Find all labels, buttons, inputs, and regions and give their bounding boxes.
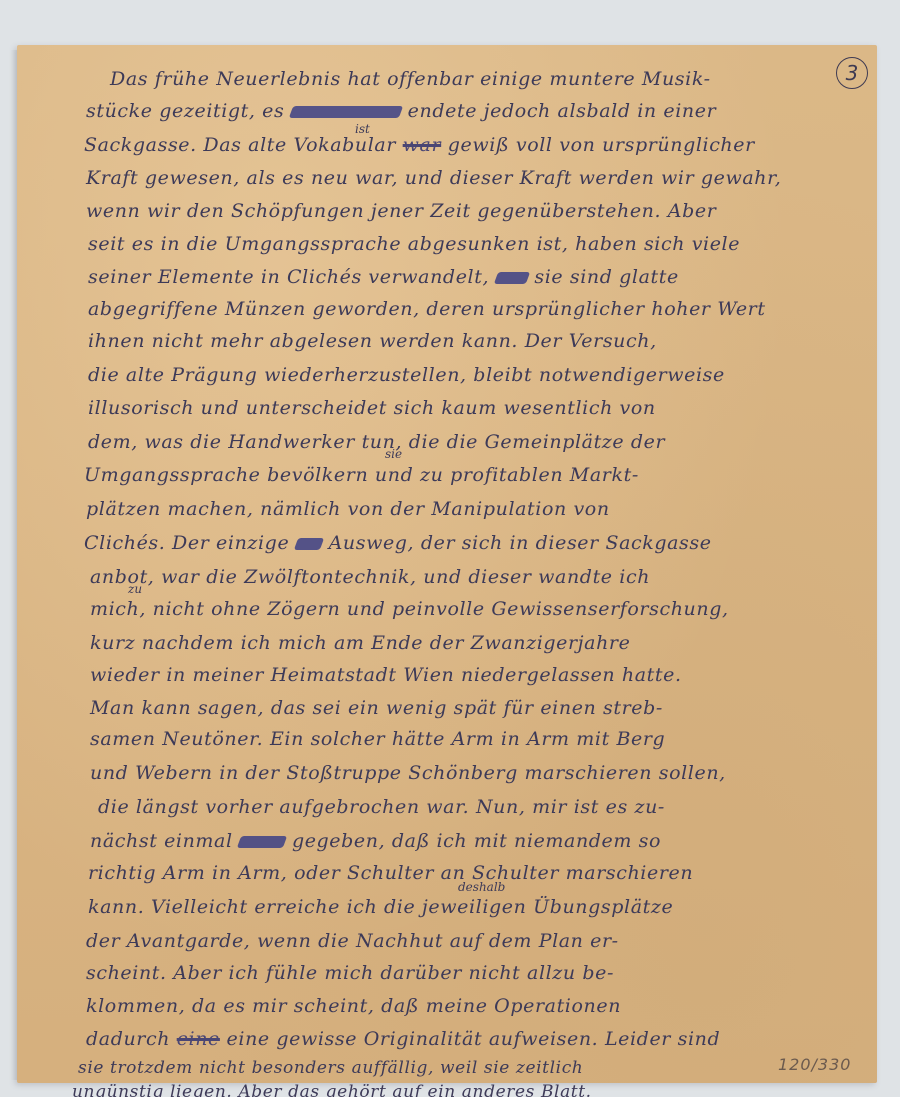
line-text: richtig Arm in Arm, oder Schulter an Sch… [88,862,693,884]
text-line: seiner Elemente in Clichés verwandelt, s… [88,266,679,288]
line-text: anbot, war die Zwölftontechnik, und dies… [90,566,650,588]
line-text: sie trotzdem nicht besonders auffällig, … [78,1058,583,1078]
text-line: plätzen machen, nämlich von der Manipula… [86,498,610,520]
text-line: die alte Prägung wiederherzustellen, ble… [88,364,725,386]
line-text: klommen, da es mir scheint, daß meine Op… [86,995,621,1017]
text-line: klommen, da es mir scheint, daß meine Op… [86,995,621,1017]
text-line: kurz nachdem ich mich am Ende der Zwanzi… [90,632,630,654]
line-text: kurz nachdem ich mich am Ende der Zwanzi… [90,632,630,654]
struck-out-word: war [403,134,441,156]
text-line: Kraft gewesen, als es neu war, und diese… [86,167,781,189]
text-line: ihnen nicht mehr abgelesen werden kann. … [88,330,657,352]
line-text: Umgangssprache bevölkern und zu profitab… [84,464,639,486]
line-text: mich, nicht ohne Zögern und peinvolle Ge… [90,598,729,620]
text-line: kann. Vielleicht erreiche ich die jeweil… [88,896,673,918]
text-line: ungünstig liegen. Aber das gehört auf ei… [72,1082,592,1097]
struck-out-word [289,106,403,118]
struck-out-word [494,272,530,284]
text-line: anbot, war die Zwölftontechnik, und dies… [90,566,650,588]
line-text: Ausweg, der sich in dieser Sackgasse [329,532,712,554]
line-text: Man kann sagen, das sei ein wenig spät f… [90,697,663,719]
inserted-word: deshalb [458,880,505,894]
text-line: sie trotzdem nicht besonders auffällig, … [78,1058,583,1078]
line-text: sie sind glatte [534,266,678,288]
text-line: abgegriffene Münzen geworden, deren ursp… [88,298,766,320]
line-text: samen Neutöner. Ein solcher hätte Arm in… [90,728,665,750]
text-line: wieder in meiner Heimatstadt Wien nieder… [90,664,682,686]
text-line: dadurch eine eine gewisse Originalität a… [86,1028,720,1050]
text-line: Clichés. Der einzige Ausweg, der sich in… [84,532,712,554]
text-line: nächst einmal gegeben, daß ich mit niema… [90,830,661,852]
line-text: Clichés. Der einzige [84,532,289,554]
line-text: wieder in meiner Heimatstadt Wien nieder… [90,664,682,686]
archive-number: 120/330 [778,1055,851,1074]
line-text: stücke gezeitigt, es [86,100,284,122]
text-line: Man kann sagen, das sei ein wenig spät f… [90,697,663,719]
line-text: ihnen nicht mehr abgelesen werden kann. … [88,330,657,352]
text-line: Sackgasse. Das alte Vokabular war gewiß … [84,134,755,156]
line-text: nächst einmal [90,830,233,852]
line-text: kann. Vielleicht erreiche ich die jeweil… [88,896,673,918]
text-line: richtig Arm in Arm, oder Schulter an Sch… [88,862,693,884]
struck-out-word [237,836,287,848]
text-line: Das frühe Neuerlebnis hat offenbar einig… [110,68,711,90]
inserted-word: zu [128,582,142,596]
struck-out-word [294,538,324,550]
text-line: samen Neutöner. Ein solcher hätte Arm in… [90,728,665,750]
text-line: seit es in die Umgangssprache abgesunken… [88,233,740,255]
line-text: und Webern in der Stoßtruppe Schönberg m… [90,762,726,784]
text-line: der Avantgarde, wenn die Nachhut auf dem… [86,930,619,952]
text-line: scheint. Aber ich fühle mich darüber nic… [86,962,614,984]
line-text: abgegriffene Münzen geworden, deren ursp… [88,298,766,320]
line-text: gegeben, daß ich mit niemandem so [292,830,661,852]
line-text: wenn wir den Schöpfungen jener Zeit gege… [86,200,716,222]
line-text: scheint. Aber ich fühle mich darüber nic… [86,962,614,984]
line-text: die alte Prägung wiederherzustellen, ble… [88,364,725,386]
line-text: plätzen machen, nämlich von der Manipula… [86,498,610,520]
text-line: mich, nicht ohne Zögern und peinvolle Ge… [90,598,729,620]
line-text: dem, was die Handwerker tun, die die Gem… [88,431,665,453]
line-text: Kraft gewesen, als es neu war, und diese… [86,167,781,189]
text-line: die längst vorher aufgebrochen war. Nun,… [98,796,665,818]
line-text: seiner Elemente in Clichés verwandelt, [88,266,489,288]
text-line: wenn wir den Schöpfungen jener Zeit gege… [86,200,716,222]
line-text: illusorisch und unterscheidet sich kaum … [88,397,656,419]
line-text: ungünstig liegen. Aber das gehört auf ei… [72,1082,592,1097]
inserted-word: ist [355,122,370,136]
inserted-word: sie [385,447,402,461]
line-text: der Avantgarde, wenn die Nachhut auf dem… [86,930,619,952]
line-text: eine gewisse Originalität aufweisen. Lei… [227,1028,721,1050]
struck-out-word: eine [177,1028,220,1050]
line-text: die längst vorher aufgebrochen war. Nun,… [98,796,665,818]
line-text: Sackgasse. Das alte Vokabular [84,134,396,156]
text-line: illusorisch und unterscheidet sich kaum … [88,397,656,419]
manuscript-text: Das frühe Neuerlebnis hat offenbar einig… [0,0,900,1097]
line-text: endete jedoch alsbald in einer [408,100,717,122]
line-text: dadurch [86,1028,170,1050]
line-text: Das frühe Neuerlebnis hat offenbar einig… [110,68,711,90]
text-line: und Webern in der Stoßtruppe Schönberg m… [90,762,726,784]
line-text: gewiß voll von ursprünglicher [448,134,755,156]
text-line: stücke gezeitigt, es endete jedoch alsba… [86,100,716,122]
text-line: Umgangssprache bevölkern und zu profitab… [84,464,639,486]
line-text: seit es in die Umgangssprache abgesunken… [88,233,740,255]
text-line: dem, was die Handwerker tun, die die Gem… [88,431,665,453]
